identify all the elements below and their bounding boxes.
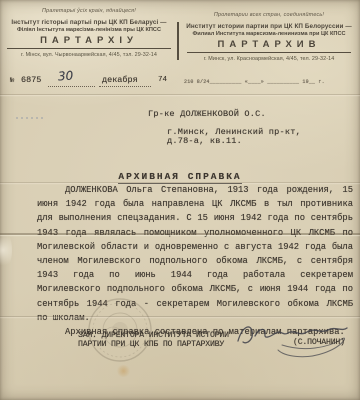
institute-name-line2-ru: Филиал Института марксизма-ленинизма при… xyxy=(184,31,354,37)
number-label: № xyxy=(10,77,14,85)
fold-crease xyxy=(0,233,360,235)
motto-belarusian: Пралетарыі ўсіх краін, яднайцеся! xyxy=(4,8,174,14)
month-blank-line xyxy=(99,86,151,87)
signer-title-line1: ЗАМ. ДИРЕКТОРА ИНСТИТУТА ИСТОРИИ xyxy=(78,331,229,340)
letterhead-right-block: Пролетарии всех стран, соединяйтесь! Инс… xyxy=(184,12,354,50)
letterhead-right-rule xyxy=(187,52,351,53)
round-stamp xyxy=(86,296,154,364)
institute-name-line1-ru: Институт истории партии при ЦК КП Белору… xyxy=(184,23,354,30)
address-line-ru: г. Минск, ул. Красноармейская, 4/45, тел… xyxy=(184,56,354,62)
address-line-by: г. Мінск, вул. Чырвонаармейская, 4/45, т… xyxy=(4,52,174,58)
archival-certificate-scan: Пралетарыі ўсіх краін, яднайцеся! Інстыт… xyxy=(0,0,360,400)
institute-name-line1-by: Інстытут гісторыі партыі пры ЦК КП Белар… xyxy=(4,19,174,26)
edge-tear-highlight xyxy=(0,230,12,270)
month-typed: декабря xyxy=(102,75,138,85)
institute-name-line2-by: Філіял Інстытута марксізма-ленінізма пры… xyxy=(4,27,174,33)
signer-title-line2: ПАРТИИ ПРИ ЦК КПБ ПО ПАРТАРХИВУ xyxy=(78,340,224,349)
org-name-partarchiv: ПАРТАРХИВ xyxy=(184,39,354,50)
addressee-name: Гр-ке ДОЛЖЕНКОВОЙ О.С. xyxy=(148,109,266,119)
handwritten-day: 30 xyxy=(58,68,74,83)
outgoing-number: 6875 xyxy=(21,75,41,85)
org-name-partarchiu: ПАРТАРХІУ xyxy=(4,35,174,46)
fold-crease xyxy=(0,94,360,95)
fold-crease xyxy=(0,316,360,317)
letterhead-left-rule xyxy=(7,48,171,49)
body-paragraph-1: ДОЛЖЕНКОВА Ольга Степановна, 1913 года р… xyxy=(37,183,353,325)
pencil-mark xyxy=(16,117,44,119)
addressee-house: д.78-а, кв.11. xyxy=(167,136,242,146)
paper-stain xyxy=(116,365,131,377)
motto-russian: Пролетарии всех стран, соединяйтесь! xyxy=(184,12,354,18)
signer-name: (С.ПОЧАНИН) xyxy=(293,338,345,347)
letterhead-left-block: Пралетарыі ўсіх краін, яднайцеся! Інстыт… xyxy=(4,8,174,46)
letterhead-divider xyxy=(177,22,179,60)
blank-form-date-line: 210 8/24__________ «____» __________ 19_… xyxy=(184,79,356,85)
day-blank-line xyxy=(48,86,95,87)
year-typed: 74 xyxy=(158,76,167,84)
fold-crease xyxy=(0,182,360,183)
